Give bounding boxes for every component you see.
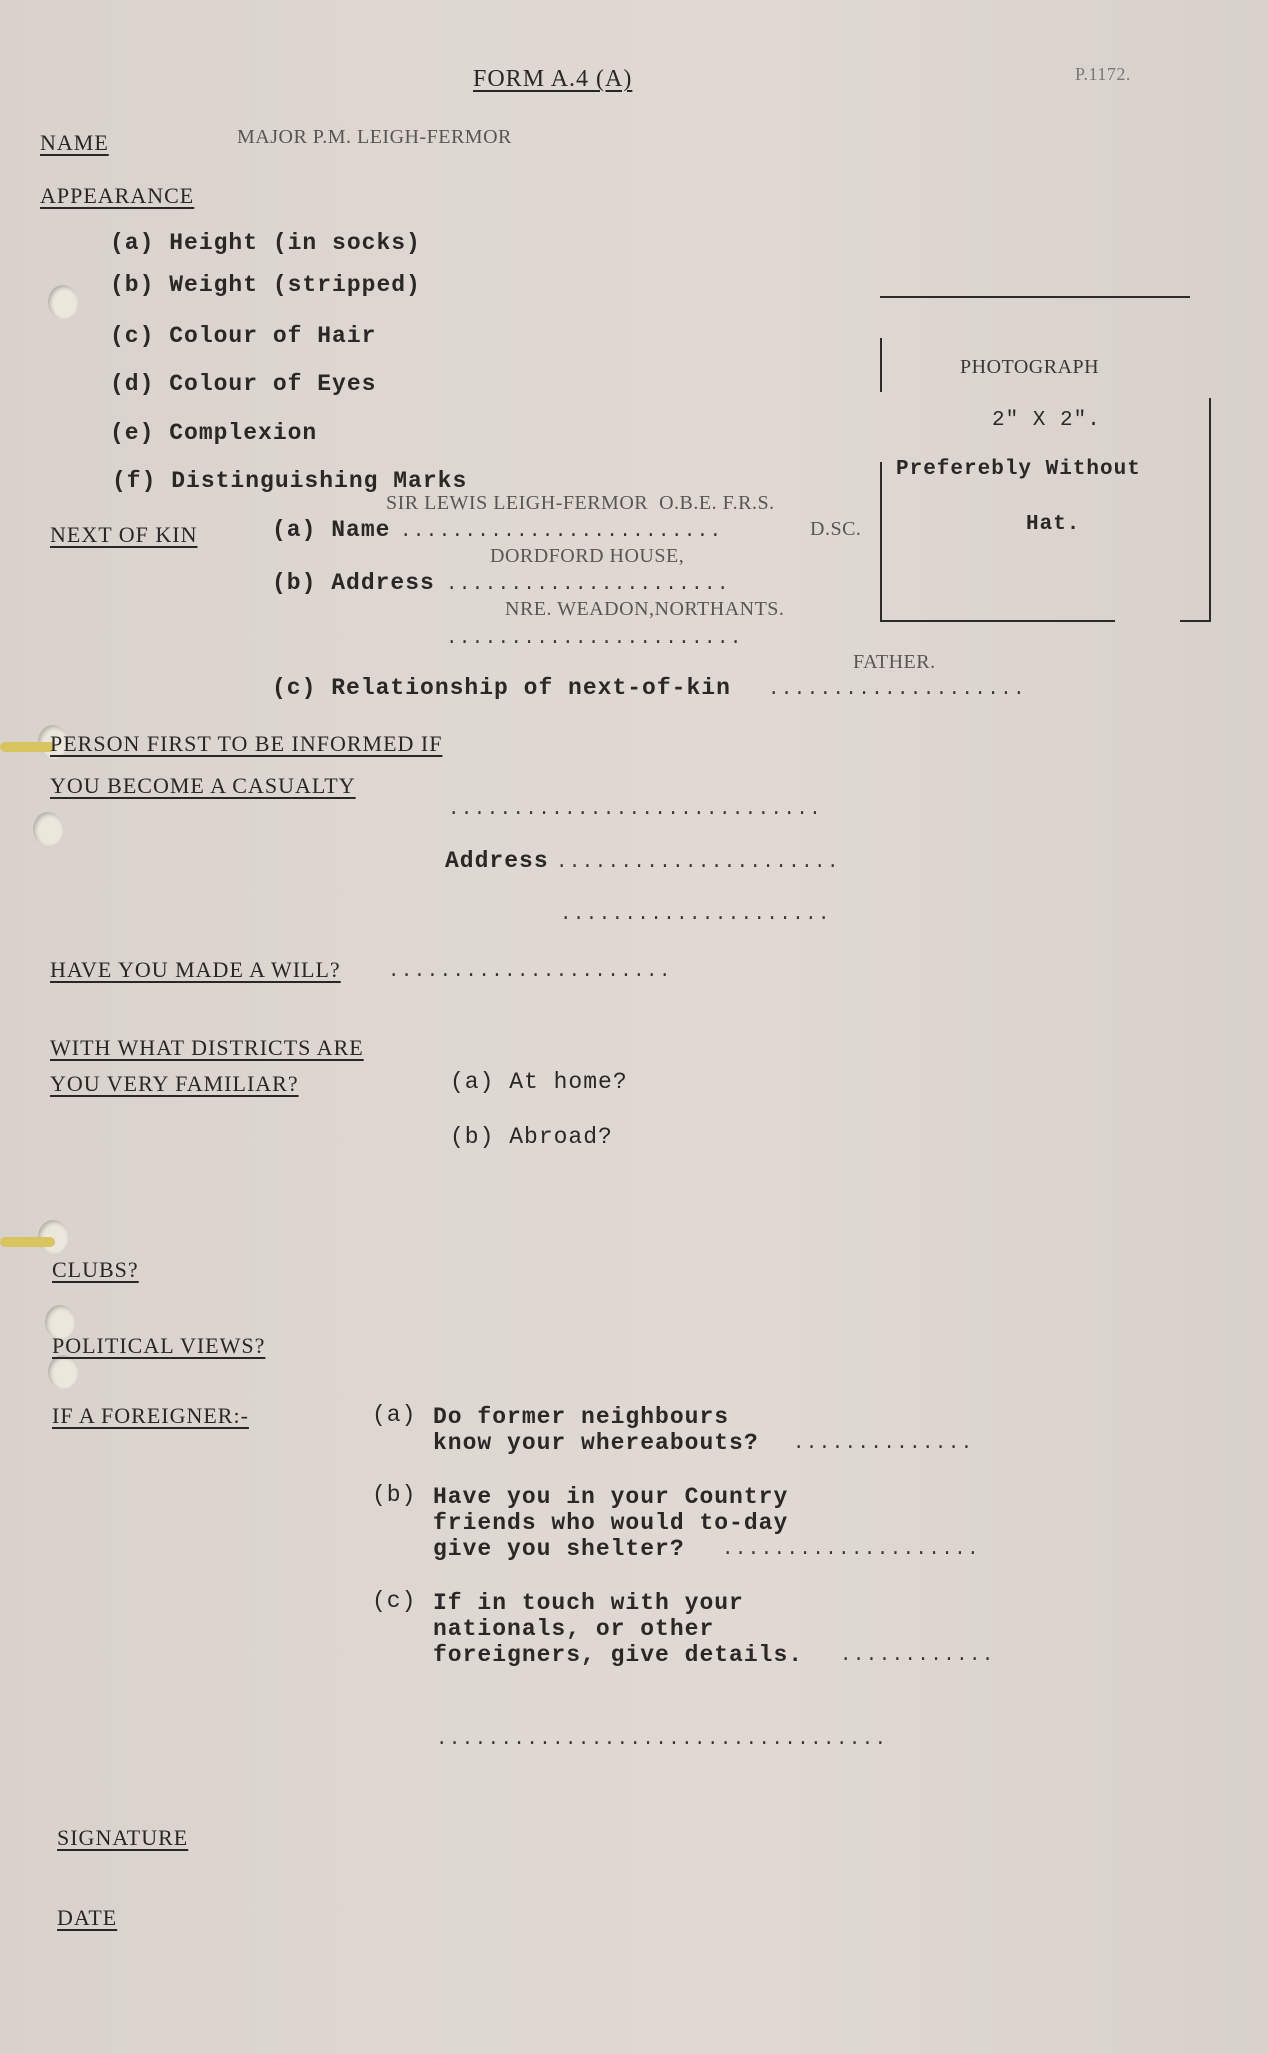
foreigner-c-line3: foreigners, give details. xyxy=(433,1642,803,1668)
foreigner-a-marker: (a) xyxy=(372,1402,416,1428)
binding-hole xyxy=(48,1355,78,1389)
appearance-marks[interactable]: (f) Distinguishing Marks xyxy=(112,468,467,494)
casualty-address-label: Address xyxy=(445,848,549,874)
next-of-kin-relationship-value[interactable]: FATHER. xyxy=(853,651,936,674)
foreigner-label: IF A FOREIGNER:- xyxy=(52,1403,249,1429)
form-title: FORM A.4 (A) xyxy=(473,66,632,93)
districts-label-1: WITH WHAT DISTRICTS ARE xyxy=(50,1035,364,1061)
appearance-label: APPEARANCE xyxy=(40,183,194,209)
foreigner-b-field[interactable]: .................... xyxy=(722,1538,980,1560)
photo-size: 2" X 2". xyxy=(992,409,1101,432)
binding-hole xyxy=(48,285,78,319)
foreigner-c-marker: (c) xyxy=(372,1588,416,1614)
districts-label-2: YOU VERY FAMILIAR? xyxy=(50,1071,299,1097)
foreigner-b-line2: friends who would to-day xyxy=(433,1510,788,1536)
casualty-label-1: PERSON FIRST TO BE INFORMED IF xyxy=(50,731,442,757)
foreigner-c-line2: nationals, or other xyxy=(433,1616,714,1642)
foreigner-b-line3: give you shelter? xyxy=(433,1536,685,1562)
page-reference: P.1172. xyxy=(1075,64,1131,85)
next-of-kin-address-value-2[interactable]: NRE. WEADON,NORTHANTS. xyxy=(505,598,784,621)
casualty-label-2: YOU BECOME A CASUALTY xyxy=(50,773,356,799)
clubs-label: CLUBS? xyxy=(52,1257,139,1283)
foreigner-a-line2: know your whereabouts? xyxy=(433,1430,759,1456)
appearance-eyes[interactable]: (d) Colour of Eyes xyxy=(110,371,376,397)
next-of-kin-name-value-2[interactable]: D.SC. xyxy=(810,518,861,541)
casualty-address-field[interactable]: ...................... xyxy=(556,851,840,873)
dotted-line: ...................... xyxy=(446,573,730,595)
appearance-complexion[interactable]: (e) Complexion xyxy=(110,420,317,446)
foreigner-details-field[interactable]: ................................... xyxy=(436,1728,888,1750)
next-of-kin-label: NEXT OF KIN xyxy=(50,522,197,548)
next-of-kin-name-value[interactable]: SIR LEWIS LEIGH-FERMOR O.B.E. F.R.S. xyxy=(386,492,775,515)
next-of-kin-address-value[interactable]: DORDFORD HOUSE, xyxy=(490,545,684,568)
photo-caption: PHOTOGRAPH xyxy=(960,356,1099,379)
binding-string xyxy=(0,742,55,752)
appearance-hair[interactable]: (c) Colour of Hair xyxy=(110,323,376,349)
foreigner-b-line1: Have you in your Country xyxy=(433,1484,788,1510)
next-of-kin-address-label: (b) Address xyxy=(272,570,435,596)
binding-hole xyxy=(33,812,63,846)
districts-abroad[interactable]: (b) Abroad? xyxy=(450,1124,613,1150)
appearance-height[interactable]: (a) Height (in socks) xyxy=(110,230,421,256)
name-value[interactable]: MAJOR P.M. LEIGH-FERMOR xyxy=(237,126,512,149)
political-views-label: POLITICAL VIEWS? xyxy=(52,1333,265,1359)
foreigner-c-line1: If in touch with your xyxy=(433,1590,744,1616)
appearance-weight[interactable]: (b) Weight (stripped) xyxy=(110,272,421,298)
will-label: HAVE YOU MADE A WILL? xyxy=(50,957,341,983)
casualty-name-field[interactable]: ............................. xyxy=(448,798,822,820)
name-label: NAME xyxy=(40,130,109,156)
signature-label: SIGNATURE xyxy=(57,1825,188,1851)
dotted-line: ....................... xyxy=(446,627,743,649)
binding-string xyxy=(0,1237,55,1247)
dotted-line: ......................... xyxy=(400,520,723,542)
casualty-address-field-2[interactable]: ..................... xyxy=(560,903,831,925)
date-label: DATE xyxy=(57,1905,117,1931)
foreigner-b-marker: (b) xyxy=(372,1482,416,1508)
photograph-box: PHOTOGRAPH 2" X 2". Preferebly Without H… xyxy=(880,336,1210,621)
will-field[interactable]: ...................... xyxy=(388,960,672,982)
photo-instruction: Preferebly Without xyxy=(896,458,1141,481)
foreigner-a-field[interactable]: .............. xyxy=(793,1432,974,1454)
next-of-kin-relationship-label: (c) Relationship of next-of-kin xyxy=(272,675,731,701)
next-of-kin-name-label: (a) Name xyxy=(272,517,390,543)
foreigner-a-line1: Do former neighbours xyxy=(433,1404,729,1430)
photo-instruction-2: Hat. xyxy=(1026,513,1080,536)
dotted-line: .................... xyxy=(768,678,1026,700)
foreigner-c-field[interactable]: ............ xyxy=(840,1644,995,1666)
districts-home[interactable]: (a) At home? xyxy=(450,1069,628,1095)
